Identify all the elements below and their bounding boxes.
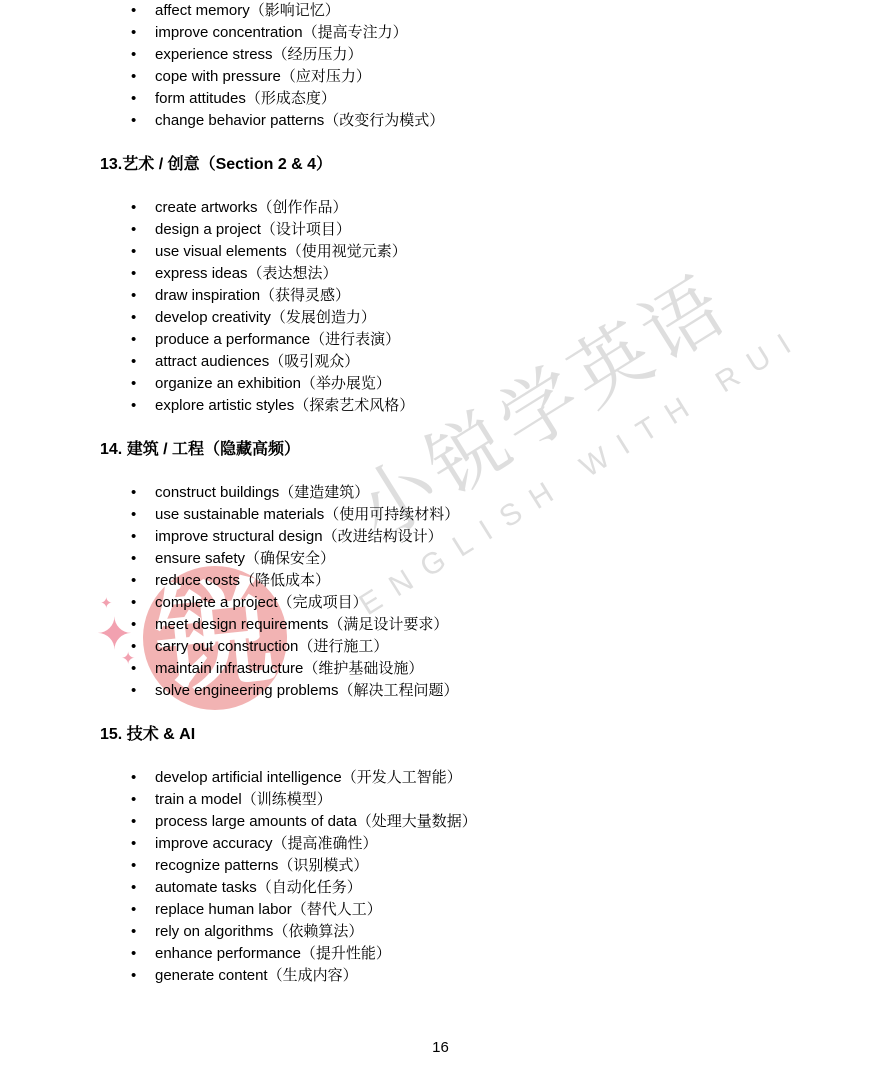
vocab-item: generate content（生成内容） <box>100 965 881 987</box>
vocab-item: train a model（训练模型） <box>100 789 881 811</box>
vocab-item: complete a project（完成项目） <box>100 592 881 614</box>
page-number: 16 <box>0 1037 881 1059</box>
vocab-item: maintain infrastructure（维护基础设施） <box>100 658 881 680</box>
vocab-item: attract audiences（吸引观众） <box>100 351 881 373</box>
vocab-item: construct buildings（建造建筑） <box>100 482 881 504</box>
vocab-item: use visual elements（使用视觉元素） <box>100 241 881 263</box>
vocab-item: improve concentration（提高专注力） <box>100 22 881 44</box>
vocab-item: create artworks（创作作品） <box>100 197 881 219</box>
vocab-item: enhance performance（提升性能） <box>100 943 881 965</box>
vocab-item: produce a performance（进行表演） <box>100 329 881 351</box>
section-heading-13: 13.艺术 / 创意（Section 2 & 4） <box>100 154 881 176</box>
vocab-list-construction: construct buildings（建造建筑） use sustainabl… <box>100 482 881 702</box>
vocab-item: carry out construction（进行施工） <box>100 636 881 658</box>
document-page: 小锐学英语 ENGLISH WITH RUI 锐 ✦ ✦ ✦ affect me… <box>0 0 881 1072</box>
vocab-item: design a project（设计项目） <box>100 219 881 241</box>
vocab-item: draw inspiration（获得灵感） <box>100 285 881 307</box>
vocab-item: replace human labor（替代人工） <box>100 899 881 921</box>
vocab-item: organize an exhibition（举办展览） <box>100 373 881 395</box>
vocab-item: express ideas（表达想法） <box>100 263 881 285</box>
vocab-item: solve engineering problems（解决工程问题） <box>100 680 881 702</box>
vocab-item: explore artistic styles（探索艺术风格） <box>100 395 881 417</box>
vocab-item: experience stress（经历压力） <box>100 44 881 66</box>
section-heading-15: 15. 技术 & AI <box>100 724 881 746</box>
vocab-item: form attitudes（形成态度） <box>100 88 881 110</box>
vocab-item: reduce costs（降低成本） <box>100 570 881 592</box>
vocab-item: develop artificial intelligence（开发人工智能） <box>100 767 881 789</box>
vocab-item: cope with pressure（应对压力） <box>100 66 881 88</box>
vocab-item: affect memory（影响记忆） <box>100 0 881 22</box>
vocab-item: ensure safety（确保安全） <box>100 548 881 570</box>
vocab-item: develop creativity（发展创造力） <box>100 307 881 329</box>
vocab-item: improve structural design（改进结构设计） <box>100 526 881 548</box>
vocab-item: improve accuracy（提高准确性） <box>100 833 881 855</box>
vocab-list-technology: develop artificial intelligence（开发人工智能） … <box>100 767 881 987</box>
page-content: affect memory（影响记忆） improve concentratio… <box>0 0 881 987</box>
vocab-item: rely on algorithms（依赖算法） <box>100 921 881 943</box>
vocab-item: automate tasks（自动化任务） <box>100 877 881 899</box>
vocab-list-art: create artworks（创作作品） design a project（设… <box>100 197 881 417</box>
vocab-item: meet design requirements（满足设计要求） <box>100 614 881 636</box>
vocab-item: recognize patterns（识别模式） <box>100 855 881 877</box>
vocab-list-psychology: affect memory（影响记忆） improve concentratio… <box>100 0 881 132</box>
vocab-item: process large amounts of data（处理大量数据） <box>100 811 881 833</box>
vocab-item: use sustainable materials（使用可持续材料） <box>100 504 881 526</box>
section-heading-14: 14. 建筑 / 工程（隐藏高频） <box>100 439 881 461</box>
vocab-item: change behavior patterns（改变行为模式） <box>100 110 881 132</box>
